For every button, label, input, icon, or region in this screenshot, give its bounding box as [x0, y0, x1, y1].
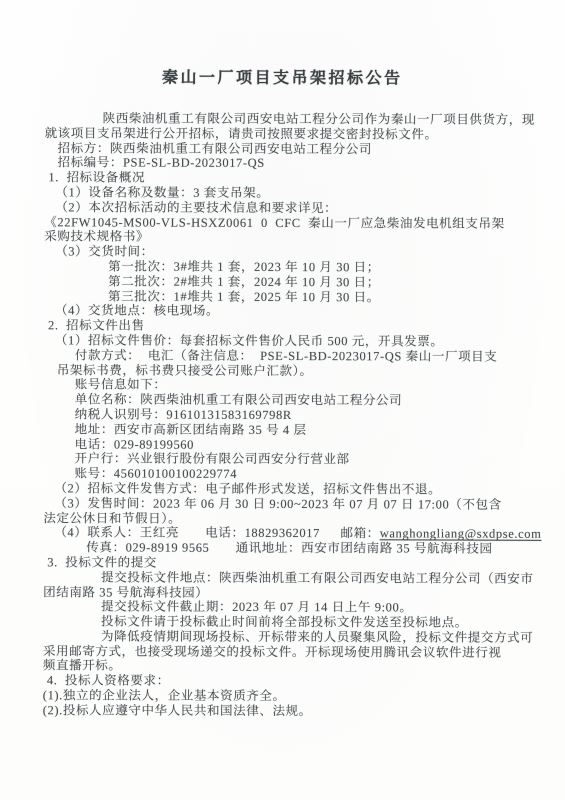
doc-line: 第二批次：2#堆共 1 套，2024 年 10 月 30 日； — [108, 274, 564, 290]
text-run: (2).投标人应遵守中华人民共和国法律、法规。 — [43, 703, 312, 718]
email-text: wanghongliang@sxdpse.com — [380, 527, 542, 542]
text-run: 招标编号：PSE-SL-BD-2023017-QS — [57, 156, 264, 171]
text-run: 3. 投标文件的提交 — [47, 555, 157, 569]
text-run: 开户行：兴业银行股份有限公司西安分行营业部 — [75, 452, 350, 467]
text-run: 账号信息如下： — [75, 378, 167, 392]
text-run: （2）招标文件发售方式：电子邮件形式发送，招标文件售出不退。 — [54, 481, 441, 496]
doc-line: 账号：456010100100229774 — [74, 466, 563, 482]
doc-line: 开户行：兴业银行股份有限公司西安分行营业部 — [75, 452, 564, 468]
text-run: 频直播开标。 — [43, 659, 122, 673]
text-run: 纳税人识别号：91610131583169798R — [75, 407, 292, 422]
text-run: （1）设备名称及数量：3 套支吊架。 — [55, 185, 269, 200]
doc-line: 第一批次：3#堆共 1 套，2023 年 10 月 30 日； — [108, 259, 564, 275]
doc-line: （2）招标文件发售方式：电子邮件形式发送，招标文件售出不退。 — [54, 481, 563, 497]
text-run: 法定公休日和节假日）。 — [43, 511, 181, 525]
text-run: 地址：西安市高新区团结南路 35 号 4 层 — [75, 422, 307, 437]
text-run: 为降低疫情期间现场投标、开标带来的人员聚集风险，投标文件提交方式可 — [101, 629, 533, 644]
document-lines: 陕西柴油机重工有限公司西安电站工程分公司作为秦山一厂项目供货方，现就该项目支吊架… — [0, 111, 565, 719]
text-run: 招标方：陕西柴油机重工有限公司西安电站工程分公司 — [58, 141, 372, 156]
doc-line: 地址：西安市高新区团结南路 35 号 4 层 — [75, 422, 564, 438]
doc-line: 账号信息如下： — [75, 378, 564, 394]
doc-line: 传真：029-8919 9565 通讯地址：西安市团结南路 35 号航海科技园 — [86, 540, 563, 556]
text-run: 付款方式： 电汇（备注信息： PSE-SL-BD-2023017-QS 秦山一厂… — [75, 348, 498, 363]
text-run: （3）交货时间： — [55, 244, 154, 258]
text-run: 就该项目支吊架进行公开招标，请贵司按照要求提交密封投标文件。 — [45, 126, 438, 141]
doc-line: （1）招标文件售价：每套招标文件售价人民币 500 元，开具发票。 — [55, 333, 564, 349]
doc-line: 纳税人识别号：91610131583169798R — [75, 407, 564, 423]
text-run: 采用邮寄方式，也接受现场递交的投标文件。开标现场使用腾讯会议软件进行视 — [43, 644, 502, 659]
doc-line: （2）本次招标活动的主要技术信息和要求详见： — [55, 200, 564, 216]
text-run: 第一批次：3#堆共 1 套，2023 年 10 月 30 日； — [108, 259, 380, 274]
page-title: 秦山一厂项目支吊架招标公告 — [0, 0, 565, 91]
doc-line: 3. 投标文件的提交 — [47, 555, 563, 571]
doc-line: 4. 投标人资格要求： — [47, 674, 563, 690]
doc-line: 就该项目支吊架进行公开招标，请贵司按照要求提交密封投标文件。 — [45, 126, 565, 142]
doc-line: （3）交货时间： — [55, 244, 564, 260]
doc-line: (2).投标人应遵守中华人民共和国法律、法规。 — [43, 703, 563, 719]
doc-line: 单位名称：陕西柴油机重工有限公司西安电站工程分公司 — [75, 392, 564, 408]
document-content: 秦山一厂项目支吊架招标公告 陕西柴油机重工有限公司西安电站工程分公司作为秦山一厂… — [0, 0, 565, 720]
text-run: 采购技术规格书》 — [44, 230, 149, 244]
text-run: (1).独立的企业法人，企业基本资质齐全。 — [43, 688, 286, 703]
text-run: （2）本次招标活动的主要技术信息和要求详见： — [55, 200, 337, 215]
text-run: 陕西柴油机重工有限公司西安电站工程分公司作为秦山一厂项目供货方，现 — [103, 111, 535, 126]
text-run: 传真：029-8919 9565 通讯地址：西安市团结南路 35 号航海科技园 — [86, 540, 492, 555]
doc-line: 付款方式： 电汇（备注信息： PSE-SL-BD-2023017-QS 秦山一厂… — [75, 348, 564, 364]
text-run: 单位名称：陕西柴油机重工有限公司西安电站工程分公司 — [75, 392, 403, 407]
doc-line: 提交投标文件截止期：2023 年 07 月 14 日上午 9:00。 — [101, 600, 563, 616]
text-run: 提交投标文件截止期：2023 年 07 月 14 日上午 9:00。 — [101, 600, 412, 615]
text-run: （4）联系人：王红亮 电话：18829362017 邮箱： — [54, 526, 379, 541]
doc-line: 1. 招标设备概况 — [48, 170, 564, 186]
text-run: 提交投标文件地点：陕西柴油机重工有限公司西安电站工程分公司（西安市 — [101, 570, 533, 585]
doc-line: (1).独立的企业法人，企业基本资质齐全。 — [43, 688, 563, 704]
doc-line: 陕西柴油机重工有限公司西安电站工程分公司作为秦山一厂项目供货方，现 — [103, 111, 565, 127]
doc-line: 提交投标文件地点：陕西柴油机重工有限公司西安电站工程分公司（西安市 — [101, 570, 563, 586]
doc-line: （1）设备名称及数量：3 套支吊架。 — [55, 185, 564, 201]
text-run: （1）招标文件售价：每套招标文件售价人民币 500 元，开具发票。 — [55, 333, 444, 348]
doc-line: 投标文件请于投标截止时间前将全部投标文件发送至投标地点。 — [101, 615, 563, 631]
text-run: 投标文件请于投标截止时间前将全部投标文件发送至投标地点。 — [101, 615, 468, 630]
text-run: 第三批次：1#堆共 1 套，2025 年 10 月 30 日。 — [108, 289, 380, 304]
text-run: 电话：029-89199560 — [75, 437, 194, 451]
text-run: 吊架标书费，标书费只接受公司账户汇款）。 — [57, 363, 313, 378]
text-run: 第二批次：2#堆共 1 套，2024 年 10 月 30 日； — [108, 274, 380, 289]
document-page: 秦山一厂项目支吊架招标公告 陕西柴油机重工有限公司西安电站工程分公司作为秦山一厂… — [0, 0, 565, 800]
text-run: 账号：456010100100229774 — [74, 466, 237, 481]
text-run: 1. 招标设备概况 — [48, 170, 145, 184]
text-run: 团结南路 35 号航海科技园） — [43, 585, 208, 600]
text-run: 2. 招标文件出售 — [48, 318, 145, 332]
doc-line: （3）发售时间：2023 年 06 月 30 日 9:00~2023 年 07 … — [54, 496, 563, 512]
text-run: 4. 投标人资格要求： — [47, 674, 170, 688]
doc-line: 2. 招标文件出售 — [48, 318, 564, 334]
text-run: 《22FW1045-MS00-VLS-HSXZ0061 0 CFC 秦山一厂应急… — [44, 215, 504, 230]
text-run: （3）发售时间：2023 年 06 月 30 日 9:00~2023 年 07 … — [54, 496, 501, 511]
text-run: （4）交货地点：核电现场。 — [55, 304, 219, 319]
doc-line: 为降低疫情期间现场投标、开标带来的人员聚集风险，投标文件提交方式可 — [101, 629, 563, 645]
